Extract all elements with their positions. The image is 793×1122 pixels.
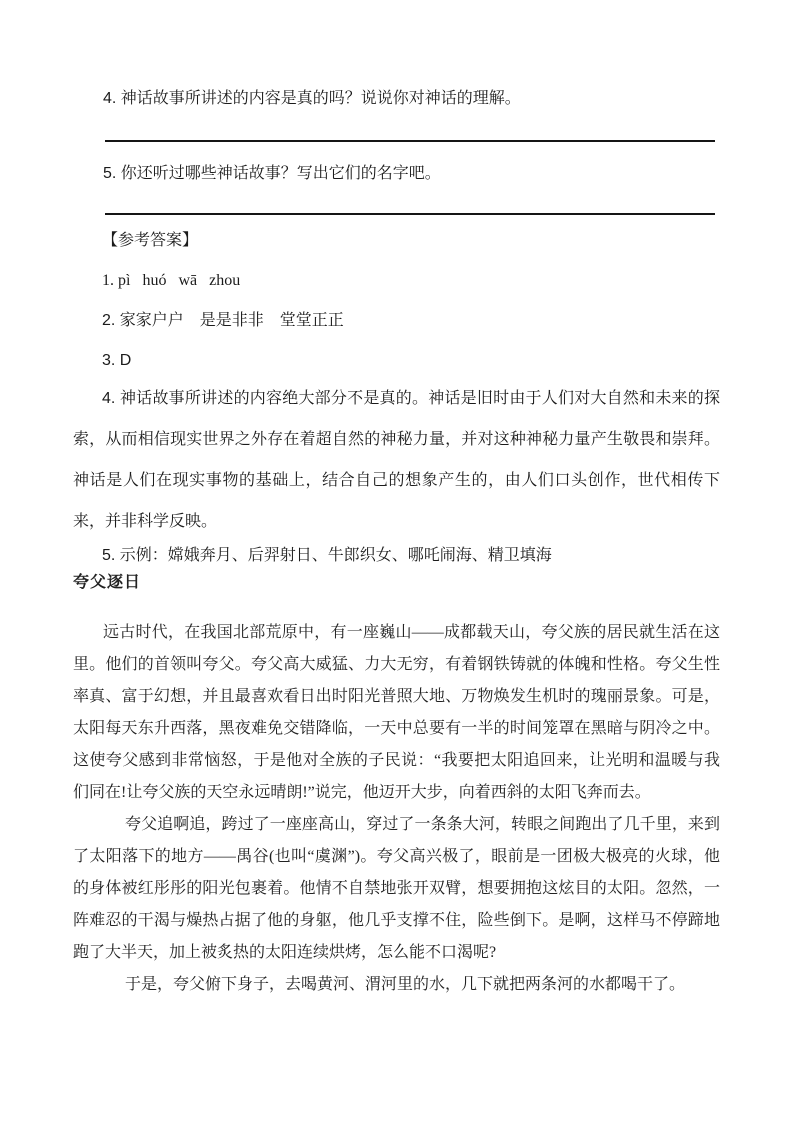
answer-blank-line-2 xyxy=(105,213,715,215)
story-section: 夸父逐日 远古时代，在我国北部荒原中，有一座巍山——成都载天山，夸父族的居民就生… xyxy=(73,567,720,1001)
answer-item-4: 4. 神话故事所讲述的内容绝大部分不是真的。神话是旧时由于人们对大自然和未来的探… xyxy=(73,378,720,542)
answer-item-1-pinyin: 1. pì huó wā zhou xyxy=(73,270,720,292)
answer-item-5: 5. 示例：嫦娥奔月、后羿射日、牛郎织女、哪吒闹海、精卫填海 xyxy=(73,545,720,567)
answer-blank-line-1 xyxy=(105,140,715,142)
question-5: 5. 你还听过哪些神话故事？写出它们的名字吧。 xyxy=(73,163,720,185)
answer-item-3: 3. D xyxy=(73,350,720,372)
question-4: 4. 神话故事所讲述的内容是真的吗？说说你对神话的理解。 xyxy=(73,88,720,110)
answer-item-2: 2. 家家户户 是是非非 堂堂正正 xyxy=(73,310,720,332)
story-paragraph-2: 夸父追啊追，跨过了一座座高山，穿过了一条条大河，转眼之间跑出了几千里，来到了太阳… xyxy=(73,809,720,969)
story-paragraph-1: 远古时代，在我国北部荒原中，有一座巍山——成都载天山，夸父族的居民就生活在这里。… xyxy=(73,617,720,809)
story-paragraph-3: 于是，夸父俯下身子，去喝黄河、渭河里的水，几下就把两条河的水都喝干了。 xyxy=(73,969,720,1001)
story-title: 夸父逐日 xyxy=(73,567,720,599)
reference-answers-heading: 【参考答案】 xyxy=(73,230,720,252)
page-content: 4. 神话故事所讲述的内容是真的吗？说说你对神话的理解。 5. 你还听过哪些神话… xyxy=(0,88,793,1001)
worksheet-page: 4. 神话故事所讲述的内容是真的吗？说说你对神话的理解。 5. 你还听过哪些神话… xyxy=(0,0,793,1122)
